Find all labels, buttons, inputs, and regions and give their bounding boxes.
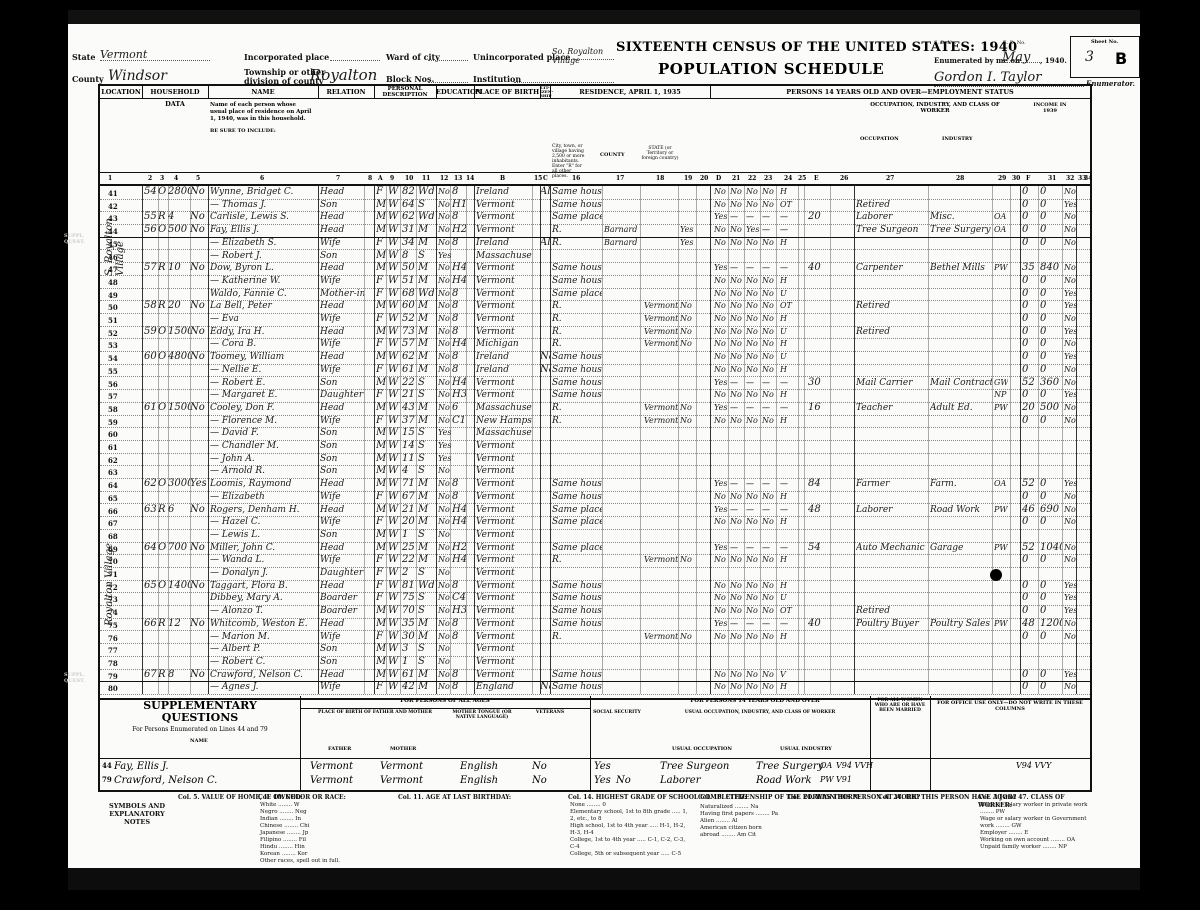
cell-age: 14: [402, 440, 416, 453]
cell-pw: No: [730, 631, 744, 644]
cell-type: H: [780, 389, 796, 402]
cell-house: 63: [144, 504, 158, 517]
cell-type: H: [780, 186, 796, 199]
cell-rel: Son: [320, 656, 364, 669]
cell-age: 1: [402, 529, 416, 542]
cell-sex: F: [376, 389, 386, 402]
section-personal: PERSONAL DESCRIPTION: [374, 86, 437, 99]
cell-age: 34: [402, 237, 416, 250]
cell-seek: No: [746, 554, 760, 567]
cell-grade: 8: [452, 478, 466, 491]
cell-pw: No: [730, 300, 744, 313]
cell-other: No: [1064, 211, 1078, 224]
cell-mar: S: [418, 465, 434, 478]
supp-social-security: SOCIAL SECURITY: [592, 710, 642, 715]
cell-work: No: [714, 516, 728, 529]
cell-rel: Head: [320, 262, 364, 275]
grades-item: College, 5th or subsequent year ..... C-…: [570, 851, 690, 858]
supp-cell-occ: Tree Surgeon: [660, 761, 729, 772]
column-number: 4: [174, 175, 178, 182]
cell-rel: Head: [320, 669, 364, 682]
table-row: 5460O4800NoToomey, WilliamHeadMW62MNo8Ir…: [100, 351, 1090, 365]
cell-race: W: [388, 351, 400, 364]
table-row: 80— Agnes J.WifeFW42MNo8EnglandNaSame ho…: [100, 681, 1090, 695]
cell-race: W: [388, 389, 400, 402]
cell-work: No: [714, 364, 728, 377]
table-row: 55— Nellie E.WifeFW61MNo8IrelandNaSame h…: [100, 364, 1090, 378]
cell-house: 67: [144, 669, 158, 682]
cell-job: No: [762, 364, 776, 377]
cell-wks39: 0: [1022, 580, 1038, 593]
cell-sch: No: [438, 529, 452, 542]
cell-birth: Vermont: [476, 326, 532, 339]
cell-type: —: [780, 377, 796, 390]
institution-value: [514, 70, 614, 83]
cell-seek: —: [746, 542, 760, 555]
cell-name: Eddy, Ira H.: [210, 326, 318, 339]
cell-farm: No: [190, 351, 206, 364]
cell-sch: No: [438, 211, 452, 224]
table-row: 5259O1500NoEddy, Ira H.HeadMW73MNo8Vermo…: [100, 326, 1090, 340]
cell-line: 80: [108, 683, 122, 695]
cell-job: No: [762, 199, 776, 212]
cell-birth: Vermont: [476, 656, 532, 669]
cell-name: Miller, John C.: [210, 542, 318, 555]
cell-value: 10: [168, 262, 190, 275]
cell-farm: No: [190, 262, 206, 275]
column-number: 12: [440, 175, 448, 182]
cell-age: 30: [402, 631, 416, 644]
cell-birth: Vermont: [476, 592, 532, 605]
cell-rel: Wife: [320, 681, 364, 694]
state-label: State: [72, 52, 95, 62]
cell-type: —: [780, 504, 796, 517]
cell-grade: 8: [452, 237, 466, 250]
cell-rel: Head: [320, 478, 364, 491]
cell-farm: No: [190, 669, 206, 682]
cell-sex: M: [376, 656, 386, 669]
cell-other: Yes: [1064, 389, 1078, 402]
cell-birth: Vermont: [476, 542, 532, 555]
cell-birth: Vermont: [476, 199, 532, 212]
cell-res: Same place: [552, 542, 602, 555]
cell-age: 62: [402, 351, 416, 364]
cell-work: No: [714, 554, 728, 567]
cell-name: — Chandler M.: [210, 440, 318, 453]
cell-race: W: [388, 186, 400, 199]
cell-job: —: [762, 478, 776, 491]
cell-rel: Head: [320, 402, 364, 415]
cell-name: La Bell, Peter: [210, 300, 318, 313]
column-number: 7: [336, 175, 340, 182]
cell-wage: 840: [1040, 262, 1062, 275]
races-item: Chinese ........ Chi: [260, 823, 380, 830]
cell-work: Yes: [714, 618, 728, 631]
cell-sex: F: [376, 275, 386, 288]
supp-quest-mark-79: SUPPL. QUEST.: [64, 672, 84, 684]
column-number: 22: [748, 175, 756, 182]
cell-sch: No: [438, 300, 452, 313]
cell-pw: —: [730, 542, 744, 555]
cell-res: R.: [552, 415, 602, 428]
column-number: 31: [1048, 175, 1056, 182]
cell-age: 43: [402, 402, 416, 415]
cell-rel: Boarder: [320, 592, 364, 605]
cell-res: R.: [552, 338, 602, 351]
cell-grade: 8: [452, 491, 466, 504]
cell-birth: Vermont: [476, 618, 532, 631]
cell-occ: Mail Carrier: [856, 377, 928, 390]
cell-value: 6: [168, 504, 190, 517]
cell-name: — David F.: [210, 427, 318, 440]
cell-wks39: 0: [1022, 224, 1038, 237]
cell-state: Vermont: [644, 300, 678, 313]
cell-work: No: [714, 300, 728, 313]
cell-sex: F: [376, 313, 386, 326]
cell-birth: Vermont: [476, 643, 532, 656]
column-number: 26: [840, 175, 848, 182]
cell-sex: M: [376, 504, 386, 517]
cell-job: No: [762, 669, 776, 682]
table-row: 60— David F.SonMW15SYesMassachusetts: [100, 427, 1090, 441]
cell-state: Vermont: [644, 554, 678, 567]
table-row: 74— Alonzo T.BoarderMW70SNoH3VermontSame…: [100, 605, 1090, 619]
supp-cell-mother: Vermont: [380, 761, 423, 772]
cell-grade: H3: [452, 605, 466, 618]
cell-sex: M: [376, 199, 386, 212]
table-row: 56— Robert E.SonMW22SNoH4VermontSame hou…: [100, 377, 1090, 391]
ward-value: [428, 48, 468, 61]
supp-col-mother: MOTHER: [390, 746, 416, 752]
cell-grade: H4: [452, 516, 466, 529]
cell-wks39: 35: [1022, 262, 1038, 275]
cell-wage: 0: [1040, 288, 1062, 301]
supp-cell-vet: No: [532, 761, 547, 772]
table-row: 51— EvaWifeFW52MNo8VermontR.VermontNoNoN…: [100, 313, 1090, 327]
column-number: 3: [160, 175, 164, 182]
sheet-label: Sheet No.: [1091, 39, 1118, 45]
classes-item: Wage or salary worker in Government work…: [980, 816, 1088, 830]
cell-wks39: 0: [1022, 211, 1038, 224]
cell-res: Same house: [552, 491, 602, 504]
cell-pw: No: [730, 364, 744, 377]
table-row: 6663R6NoRogers, Denham H.HeadMW21MNoH4Ve…: [100, 504, 1090, 518]
cell-work: Yes: [714, 542, 728, 555]
cell-race: W: [388, 643, 400, 656]
cell-rel: Wife: [320, 491, 364, 504]
citizenship-item: Having first papers ........ Pa: [700, 811, 780, 818]
cell-sex: M: [376, 427, 386, 440]
sheet-number-box: Sheet No. 3 B: [1070, 36, 1140, 78]
cell-other: No: [1064, 275, 1078, 288]
cell-res: R.: [552, 554, 602, 567]
cell-res: Same house: [552, 389, 602, 402]
cell-wks39: 0: [1022, 326, 1038, 339]
cell-grade: H4: [452, 262, 466, 275]
cell-sch: No: [438, 681, 452, 694]
cell-house: 64: [144, 542, 158, 555]
cell-mar: M: [418, 504, 434, 517]
column-number: 24: [784, 175, 792, 182]
cell-grade: 8: [452, 186, 466, 199]
cell-age: 75: [402, 592, 416, 605]
column-number: 27: [886, 175, 894, 182]
cell-sch: No: [438, 415, 452, 428]
cell-age: 22: [402, 377, 416, 390]
citizenship-item: Alien ........ Al: [700, 818, 780, 825]
cell-seek: No: [746, 415, 760, 428]
cell-age: 2: [402, 567, 416, 580]
cell-farm35: No: [680, 326, 694, 339]
cell-mar: M: [418, 224, 434, 237]
cell-farm: No: [190, 580, 206, 593]
cell-other: No: [1064, 542, 1078, 555]
cell-race: W: [388, 681, 400, 694]
cell-sch: No: [438, 326, 452, 339]
cell-birth: Massachusetts: [476, 250, 532, 263]
cell-sch: Yes: [438, 250, 452, 263]
cell-rel: Head: [320, 186, 364, 199]
cell-mar: M: [418, 237, 434, 250]
table-row: 57— Margaret E.DaughterFW21SNoH3VermontS…: [100, 389, 1090, 403]
occupation-section-header: OCCUPATION, INDUSTRY, AND CLASS OF WORKE…: [860, 102, 1010, 114]
cell-house: 59: [144, 326, 158, 339]
cell-job: No: [762, 186, 776, 199]
cell-grade: 8: [452, 313, 466, 326]
cell-age: 15: [402, 427, 416, 440]
cell-work: Yes: [714, 504, 728, 517]
cell-job: No: [762, 605, 776, 618]
table-row: 77— Albert P.SonMW3SNoVermont: [100, 643, 1090, 657]
cell-job: No: [762, 313, 776, 326]
supp-all-ages: FOR PERSONS OF ALL AGES: [300, 698, 590, 704]
races-item: Negro ........ Neg: [260, 809, 380, 816]
cell-grade: 6: [452, 402, 466, 415]
cell-res: Same house: [552, 478, 602, 491]
cell-sex: F: [376, 338, 386, 351]
cell-age: 62: [402, 211, 416, 224]
cell-work: No: [714, 491, 728, 504]
cell-rel: Son: [320, 440, 364, 453]
cell-ind: Tree Surgery: [930, 224, 992, 237]
cell-age: 60: [402, 300, 416, 313]
cell-work: No: [714, 669, 728, 682]
cell-hours: 30: [808, 377, 828, 390]
cell-birth: Vermont: [476, 554, 532, 567]
table-row: 5058R20NoLa Bell, PeterHeadMW60MNo8Vermo…: [100, 300, 1090, 314]
cell-own: O: [158, 224, 168, 237]
cell-cit: Na: [540, 681, 550, 694]
cell-other: Yes: [1064, 288, 1078, 301]
supp-cell-tongue: English: [460, 761, 498, 772]
cell-grade: H2: [452, 224, 466, 237]
cell-seek: No: [746, 389, 760, 402]
cell-wks39: 20: [1022, 402, 1038, 415]
cell-wks39: 0: [1022, 364, 1038, 377]
cell-mar: Wd: [418, 186, 434, 199]
cell-rel: Son: [320, 453, 364, 466]
section-relation: RELATION: [318, 86, 375, 99]
cell-value: 8: [168, 669, 190, 682]
cell-house: 58: [144, 300, 158, 313]
supp-cell-occ: Laborer: [660, 775, 701, 786]
cell-mar: M: [418, 554, 434, 567]
cell-age: 4: [402, 465, 416, 478]
cell-type: OT: [780, 199, 796, 212]
cell-mar: M: [418, 681, 434, 694]
cell-sex: M: [376, 465, 386, 478]
cell-race: W: [388, 592, 400, 605]
cell-name: — Eva: [210, 313, 318, 326]
column-number: B: [500, 175, 505, 182]
cell-job: —: [762, 377, 776, 390]
cell-race: W: [388, 631, 400, 644]
table-row: 53— Cora B.WifeFW57MNoH4MichiganR.Vermon…: [100, 338, 1090, 352]
cell-other: No: [1064, 504, 1078, 517]
cell-job: No: [762, 338, 776, 351]
cell-job: No: [762, 554, 776, 567]
cell-cls: PW: [994, 618, 1008, 631]
cell-race: W: [388, 237, 400, 250]
cell-birth: Ireland: [476, 351, 532, 364]
section-birth: PLACE OF BIRTH: [474, 86, 541, 99]
cell-wage: 0: [1040, 351, 1062, 364]
cell-sex: M: [376, 250, 386, 263]
column-number: 20: [700, 175, 708, 182]
cell-sch: No: [438, 580, 452, 593]
cell-race: W: [388, 288, 400, 301]
cell-type: H: [780, 681, 796, 694]
column-number: 15: [534, 175, 542, 182]
cell-res: Same place: [552, 288, 602, 301]
cell-farm35: No: [680, 313, 694, 326]
supp-cell-cls: PW: [820, 775, 834, 784]
supp-over14: FOR PERSONS 14 YEARS OLD AND OVER: [640, 698, 870, 704]
cell-res: R.: [552, 300, 602, 313]
cell-cit: Na: [540, 364, 550, 377]
cell-sex: M: [376, 262, 386, 275]
note-col10: Col. 10. COLOR OR RACE:: [258, 794, 346, 802]
cell-mar: S: [418, 389, 434, 402]
cell-sex: M: [376, 618, 386, 631]
cell-type: —: [780, 478, 796, 491]
cell-value: 20: [168, 300, 190, 313]
cell-job: No: [762, 288, 776, 301]
cell-other: No: [1064, 377, 1078, 390]
cell-mar: M: [418, 364, 434, 377]
cell-other: Yes: [1064, 580, 1078, 593]
cell-seek: No: [746, 605, 760, 618]
cell-grade: 8: [452, 351, 466, 364]
cell-birth: Vermont: [476, 288, 532, 301]
column-number: 13: [454, 175, 462, 182]
column-number: 18: [656, 175, 664, 182]
cell-name: — Donalyn J.: [210, 567, 318, 580]
races-item: Korean ........ Kor: [260, 851, 380, 858]
cell-own: R: [158, 504, 168, 517]
cell-ind: Road Work: [930, 504, 992, 517]
cell-sex: F: [376, 580, 386, 593]
table-row: 4355R4NoCarlisle, Lewis S.HeadMW62WdNo8V…: [100, 211, 1090, 225]
table-row: 59— Florence M.WifeFW37MNoC1New Hampshir…: [100, 415, 1090, 429]
cell-hours: 40: [808, 618, 828, 631]
cell-wage: 0: [1040, 300, 1062, 313]
cell-seek: —: [746, 211, 760, 224]
cell-value: 2800: [168, 186, 190, 199]
cell-name: Cooley, Don F.: [210, 402, 318, 415]
cell-work: No: [714, 389, 728, 402]
cell-sch: No: [438, 377, 452, 390]
section-education: EDUCATION: [436, 86, 475, 99]
table-row: 7566R12NoWhitcomb, Weston E.HeadMW35MNo8…: [100, 618, 1090, 632]
cell-sch: No: [438, 389, 452, 402]
supp-cell-line: 79: [102, 775, 112, 784]
cell-type: H: [780, 237, 796, 250]
column-number: D: [716, 175, 721, 182]
cell-name: Crawford, Nelson C.: [210, 669, 318, 682]
cell-type: H: [780, 554, 796, 567]
cell-grade: H4: [452, 338, 466, 351]
cell-job: —: [762, 262, 776, 275]
cell-cls: PW: [994, 402, 1008, 415]
cell-value: 1500: [168, 326, 190, 339]
cell-farm: No: [190, 402, 206, 415]
cell-race: W: [388, 656, 400, 669]
cell-res: R.: [552, 224, 602, 237]
cell-res: Same house: [552, 605, 602, 618]
cell-sex: F: [376, 237, 386, 250]
cell-job: No: [762, 275, 776, 288]
cell-wage: 1200: [1040, 618, 1062, 631]
cell-birth: Vermont: [476, 224, 532, 237]
cell-pw: No: [730, 186, 744, 199]
cell-sex: F: [376, 186, 386, 199]
cell-mar: M: [418, 262, 434, 275]
column-number: 23: [764, 175, 772, 182]
cell-age: 57: [402, 338, 416, 351]
cell-occ: Laborer: [856, 211, 928, 224]
cell-name: Rogers, Denham H.: [210, 504, 318, 517]
cell-own: R: [158, 211, 168, 224]
table-row: 63— Arnold R.SonMW4SNoVermont: [100, 465, 1090, 479]
cell-wks39: 0: [1022, 313, 1038, 326]
cell-work: No: [714, 351, 728, 364]
cell-cls: OA: [994, 478, 1008, 491]
cell-mar: Wd: [418, 211, 434, 224]
citizenship-item: Naturalized ........ Na: [700, 804, 780, 811]
cell-other: No: [1064, 186, 1078, 199]
cell-own: R: [158, 300, 168, 313]
cell-race: W: [388, 453, 400, 466]
cell-sex: M: [376, 669, 386, 682]
ink-blot: [990, 569, 1002, 581]
cell-sch: No: [438, 224, 452, 237]
cell-race: W: [388, 605, 400, 618]
cell-job: No: [762, 681, 776, 694]
supp-cell-office: V94 VVY: [1016, 761, 1051, 770]
cell-name: Toomey, William: [210, 351, 318, 364]
cell-wage: 0: [1040, 237, 1062, 250]
cell-age: 21: [402, 389, 416, 402]
cell-seek: No: [746, 516, 760, 529]
cell-birth: Vermont: [476, 669, 532, 682]
cell-wks39: 0: [1022, 415, 1038, 428]
cell-race: W: [388, 313, 400, 326]
cell-res: R.: [552, 631, 602, 644]
cell-wage: 500: [1040, 402, 1062, 415]
cell-mar: S: [418, 656, 434, 669]
cell-occ: Teacher: [856, 402, 928, 415]
